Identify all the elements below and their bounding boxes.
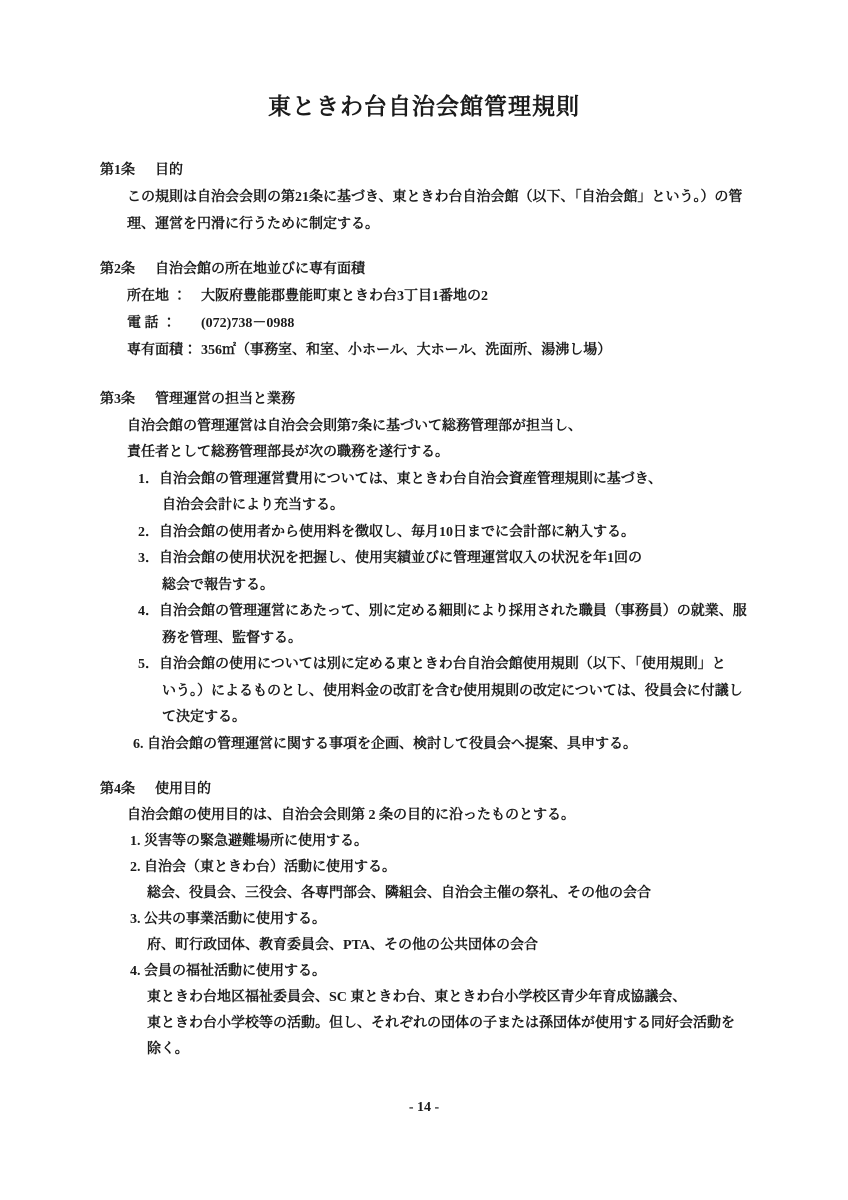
article-3-item-6: 6. 自治会館の管理運営に関する事項を企画、検討して役員会へ提案、具申する。 — [100, 732, 808, 759]
article-1-number: 第1条 — [100, 157, 155, 184]
article-3-item-5: 5．自治会館の使用については別に定める東ときわ台自治会館使用規則（以下、「使用規… — [100, 652, 808, 679]
article-4: 第4条使用目的 自治会館の使用目的は、自治会会則第 2 条の目的に沿ったものとす… — [100, 777, 808, 1063]
article-3-item-4-cont: 務を管理、監督する。 — [100, 626, 808, 653]
article-4-item-4: 4. 会員の福祉活動に使用する。 — [100, 959, 808, 985]
article-3-item-1: 1．自治会館の管理運営費用については、東ときわ台自治会資産管理規則に基づき、 — [100, 467, 808, 494]
article-3-line: 自治会館の管理運営は自治会会則第7条に基づいて総務管理部が担当し、 — [100, 414, 808, 441]
article-1-line: 理、運営を円滑に行うために制定する。 — [100, 211, 808, 238]
address-field: 所在地 ：大阪府豊能郡豊能町東ときわ台3丁目1番地の2 — [100, 283, 808, 310]
article-3-item-5-cont: て決定する。 — [100, 705, 808, 732]
article-3-item-4: 4．自治会館の管理運営にあたって、別に定める細則により採用された職員（事務員）の… — [100, 599, 808, 626]
article-4-title: 使用目的 — [155, 782, 211, 797]
article-1-line: この規則は自治会会則の第21条に基づき、東ときわ台自治会館（以下、「自治会館」と… — [100, 184, 808, 211]
article-2: 第2条自治会館の所在地並びに専有面積 所在地 ：大阪府豊能郡豊能町東ときわ台3丁… — [100, 256, 808, 364]
article-4-item-4-cont: 東ときわ台小学校等の活動。但し、それぞれの団体の子または孫団体が使用する同好会活… — [100, 1011, 808, 1037]
article-3-item-3-cont: 総会で報告する。 — [100, 573, 808, 600]
floor-area-value: 356㎡（事務室、和室、小ホール、大ホール、洗面所、湯沸し場） — [201, 343, 611, 358]
article-3-item-2: 2．自治会館の使用者から使用料を徴収し、毎月10日までに会計部に納入する。 — [100, 520, 808, 547]
phone-field: 電 話 ：(072)738－0988 — [100, 310, 808, 337]
article-3-item-3: 3．自治会館の使用状況を把握し、使用実績並びに管理運営収入の状況を年1回の — [100, 546, 808, 573]
article-4-item-3-cont: 府、町行政団体、教育委員会、PTA、その他の公共団体の会合 — [100, 933, 808, 959]
document-page: 東ときわ台自治会館管理規則 第1条目的 この規則は自治会会則の第21条に基づき、… — [0, 0, 848, 1200]
article-4-item-2-cont: 総会、役員会、三役会、各専門部会、隣組会、自治会主催の祭礼、その他の会合 — [100, 881, 808, 907]
article-1-title: 目的 — [155, 163, 183, 178]
floor-area-label: 専有面積： — [127, 337, 201, 364]
article-1: 第1条目的 この規則は自治会会則の第21条に基づき、東ときわ台自治会館（以下、「… — [100, 157, 808, 238]
phone-value: (072)738－0988 — [201, 316, 294, 331]
article-4-heading: 第4条使用目的 — [100, 777, 808, 803]
article-3-title: 管理運営の担当と業務 — [155, 392, 295, 407]
article-3-line: 責任者として総務管理部長が次の職務を遂行する。 — [100, 440, 808, 467]
article-3-item-1-cont: 自治会会計により充当する。 — [100, 493, 808, 520]
page-number: - 14 - — [0, 1100, 848, 1116]
article-4-item-3: 3. 公共の事業活動に使用する。 — [100, 907, 808, 933]
article-3-item-5-cont: いう。）によるものとし、使用料金の改訂を含む使用規則の改定については、役員会に付… — [100, 679, 808, 706]
article-2-heading: 第2条自治会館の所在地並びに専有面積 — [100, 256, 808, 283]
address-label: 所在地 ： — [127, 283, 201, 310]
article-4-item-4-cont: 除く。 — [100, 1037, 808, 1063]
article-3-heading: 第3条管理運営の担当と業務 — [100, 387, 808, 414]
article-4-item-1: 1. 災害等の緊急避難場所に使用する。 — [100, 829, 808, 855]
phone-label: 電 話 ： — [127, 310, 201, 337]
article-1-heading: 第1条目的 — [100, 157, 808, 184]
article-2-title: 自治会館の所在地並びに専有面積 — [155, 262, 365, 277]
address-value: 大阪府豊能郡豊能町東ときわ台3丁目1番地の2 — [201, 289, 488, 304]
article-4-number: 第4条 — [100, 777, 155, 803]
document-title: 東ときわ台自治会館管理規則 — [0, 88, 848, 121]
article-3-number: 第3条 — [100, 387, 155, 414]
article-3: 第3条管理運営の担当と業務 自治会館の管理運営は自治会会則第7条に基づいて総務管… — [100, 387, 808, 758]
article-4-line: 自治会館の使用目的は、自治会会則第 2 条の目的に沿ったものとする。 — [100, 803, 808, 829]
article-2-number: 第2条 — [100, 256, 155, 283]
floor-area-field: 専有面積：356㎡（事務室、和室、小ホール、大ホール、洗面所、湯沸し場） — [100, 337, 808, 364]
article-4-item-4-cont: 東ときわ台地区福祉委員会、SC 東ときわ台、東ときわ台小学校区青少年育成協議会、 — [100, 985, 808, 1011]
article-4-item-2: 2. 自治会（東ときわ台）活動に使用する。 — [100, 855, 808, 881]
